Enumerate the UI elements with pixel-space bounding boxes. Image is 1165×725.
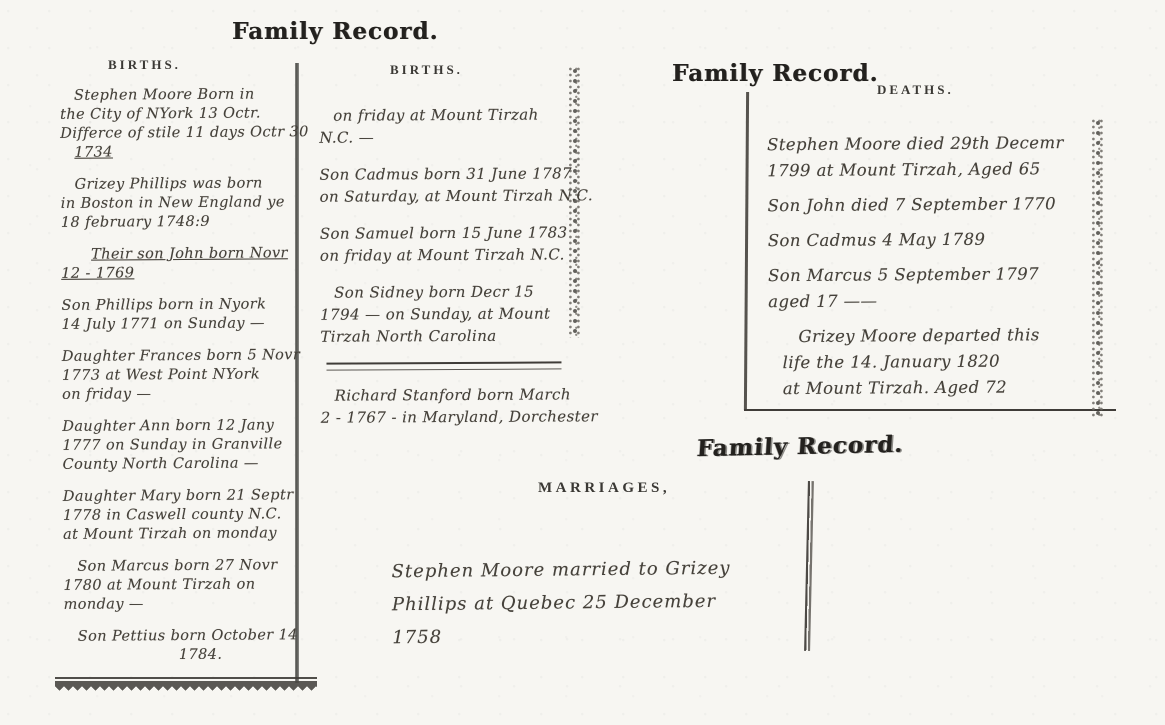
handwritten-line: County North Carolina — xyxy=(63,454,308,475)
handwritten-line: 1799 at Mount Tirzah, Aged 65 xyxy=(767,156,1107,184)
birth-entry: Stephen Moore Born in the City of NYork … xyxy=(60,85,306,163)
birth-entry: Son Sidney born Decr 15 1794 — on Sunday… xyxy=(320,280,585,347)
handwritten-line: life the 14. January 1820 xyxy=(769,348,1109,376)
handwritten-line: Daughter Frances born 5 Novr xyxy=(62,346,307,367)
marriages-header: MARRIAGES, xyxy=(538,480,670,497)
death-entry: Stephen Moore died 29th Decemr 1799 at M… xyxy=(767,130,1107,184)
marriages-column: Stephen Moore married to Grizey Phillips… xyxy=(391,551,822,667)
handwritten-line: on friday at Mount Tirzah N.C. xyxy=(320,243,585,266)
birth-entry: Son Marcus born 27 Novr 1780 at Mount Ti… xyxy=(63,556,308,615)
deaths-left-rule xyxy=(744,92,749,410)
births-middle-column: on friday at Mount Tirzah N.C. — Son Cad… xyxy=(319,103,586,443)
handwritten-line: Grizey Moore departed this xyxy=(768,322,1108,350)
deaths-header: DEATHS. xyxy=(877,82,954,98)
handwritten-line: Stephen Moore died 29th Decemr xyxy=(767,130,1107,158)
handwritten-line: 14 July 1771 on Sunday — xyxy=(62,314,307,335)
handwritten-line: 1794 — on Sunday, at Mount xyxy=(320,302,585,325)
handwritten-line: Son Phillips born in Nyork xyxy=(61,295,306,316)
handwritten-line: monday — xyxy=(63,594,308,615)
page-title-top: Family Record. xyxy=(232,18,438,45)
handwritten-line: on Saturday, at Mount Tirzah N.C. xyxy=(320,184,585,207)
handwritten-line: 12 - 1769 xyxy=(61,263,306,284)
entry-divider-rule xyxy=(326,361,561,370)
births-left-column: Stephen Moore Born in the City of NYork … xyxy=(60,85,309,679)
handwritten-line: Richard Stanford born March xyxy=(321,383,586,406)
birth-entry: Their son John born Novr 12 - 1769 xyxy=(61,244,306,284)
handwritten-line: Grizey Phillips was born xyxy=(61,174,306,195)
handwritten-line: 1778 in Caswell county N.C. xyxy=(63,505,308,526)
birth-entry: Son Pettius born October 14 1784. xyxy=(64,626,309,666)
handwritten-line: Son Pettius born October 14 xyxy=(64,626,309,647)
handwritten-line: on friday — xyxy=(62,384,307,405)
page-title-right: Family Record. xyxy=(672,60,878,87)
handwritten-line: Son Marcus 5 September 1797 xyxy=(768,261,1108,289)
handwritten-line: on friday at Mount Tirzah xyxy=(319,103,584,126)
handwritten-line: Differce of stile 11 days Octr 30 xyxy=(60,123,305,144)
handwritten-line: Son Cadmus born 31 June 1787 xyxy=(319,162,584,185)
handwritten-line: 1780 at Mount Tirzah on xyxy=(63,575,308,596)
birth-entry: Daughter Frances born 5 Novr 1773 at Wes… xyxy=(62,346,307,405)
handwritten-line: 1773 at West Point NYork xyxy=(62,365,307,386)
birth-entry: on friday at Mount Tirzah N.C. — xyxy=(319,103,584,148)
death-entry: Son Marcus 5 September 1797 aged 17 —— xyxy=(768,261,1108,315)
document-scan-page: Family Record. Family Record. Family Rec… xyxy=(0,0,1165,725)
handwritten-line: at Mount Tirzah. Aged 72 xyxy=(769,374,1109,402)
handwritten-line: Son Sidney born Decr 15 xyxy=(320,280,585,303)
handwritten-line: Tirzah North Carolina xyxy=(320,324,585,347)
handwritten-line: 1784. xyxy=(64,645,309,666)
handwritten-line: in Boston in New England ye xyxy=(61,193,306,214)
handwritten-line: Phillips at Quebec 25 December xyxy=(392,584,822,622)
birth-entry: Grizey Phillips was born in Boston in Ne… xyxy=(61,174,306,233)
handwritten-line: at Mount Tirzah on monday xyxy=(63,524,308,545)
page-title-bottom: Family Record. xyxy=(696,431,905,462)
handwritten-line: Son Marcus born 27 Novr xyxy=(63,556,308,577)
birth-entry: Daughter Mary born 21 Septr 1778 in Casw… xyxy=(63,486,308,545)
handwritten-line: 2 - 1767 - in Maryland, Dorchester xyxy=(321,405,586,428)
handwritten-line: Stephen Moore Born in xyxy=(60,85,305,106)
birth-entry: Son Cadmus born 31 June 1787 on Saturday… xyxy=(319,162,584,207)
birth-entry: Son Samuel born 15 June 1783 on friday a… xyxy=(320,221,585,266)
birth-entry: Daughter Ann born 12 Jany 1777 on Sunday… xyxy=(62,416,307,475)
handwritten-line: Son Cadmus 4 May 1789 xyxy=(768,226,1108,254)
handwritten-line: Daughter Mary born 21 Septr xyxy=(63,486,308,507)
marriage-entry: Stephen Moore married to Grizey Phillips… xyxy=(391,551,822,654)
handwritten-line: N.C. — xyxy=(319,125,584,148)
births-middle-header: BIRTHS. xyxy=(390,62,463,78)
handwritten-line: Son Samuel born 15 June 1783 xyxy=(320,221,585,244)
birth-entry: Son Phillips born in Nyork 14 July 1771 … xyxy=(61,295,306,335)
handwritten-line: Stephen Moore married to Grizey xyxy=(391,551,821,589)
scallop-border-bottom-left xyxy=(55,677,317,692)
handwritten-line: aged 17 —— xyxy=(768,287,1108,315)
death-entry: Son John died 7 September 1770 xyxy=(767,191,1107,219)
birth-entry: Richard Stanford born March 2 - 1767 - i… xyxy=(321,383,586,428)
births-left-header: BIRTHS. xyxy=(108,57,181,73)
death-entry: Son Cadmus 4 May 1789 xyxy=(768,226,1108,254)
handwritten-line: Son John died 7 September 1770 xyxy=(767,191,1107,219)
handwritten-line: 1758 xyxy=(392,617,822,655)
handwritten-line: 1777 on Sunday in Granville xyxy=(62,435,307,456)
handwritten-line: the City of NYork 13 Octr. xyxy=(60,104,305,125)
death-entry: Grizey Moore departed this life the 14. … xyxy=(768,322,1109,402)
handwritten-line: Their son John born Novr xyxy=(61,244,306,265)
handwritten-line: 1734 xyxy=(60,142,305,163)
deaths-column: Stephen Moore died 29th Decemr 1799 at M… xyxy=(767,130,1109,411)
handwritten-line: 18 february 1748:9 xyxy=(61,212,306,233)
handwritten-line: Daughter Ann born 12 Jany xyxy=(62,416,307,437)
